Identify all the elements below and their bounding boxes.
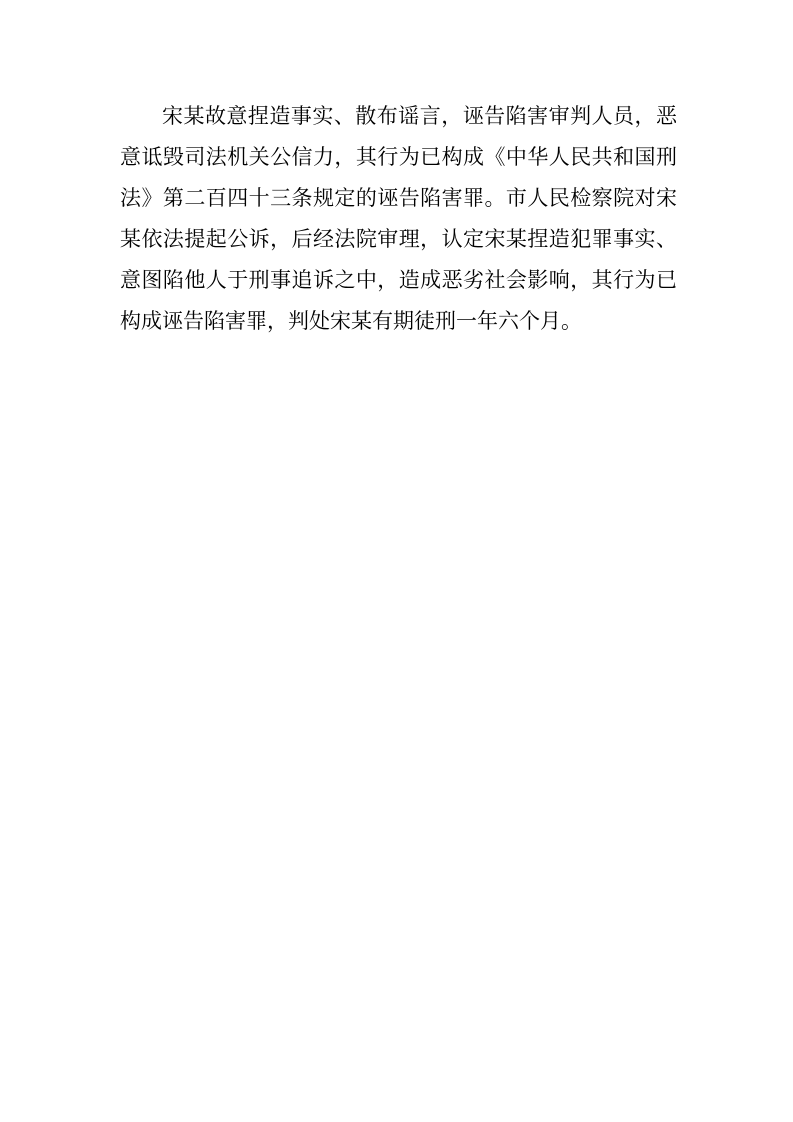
paragraph-line: 法》第二百四十三条规定的诬告陷害罪。市人民检察院对宋: [120, 178, 677, 219]
paragraph-line: 某依法提起公诉，后经法院审理，认定宋某捏造犯罪事实、: [120, 219, 677, 260]
paragraph-line: 意诋毁司法机关公信力，其行为已构成《中华人民共和国刑: [120, 137, 677, 178]
paragraph: 宋某故意捏造事实、散布谣言，诬告陷害审判人员，恶 意诋毁司法机关公信力，其行为已…: [120, 96, 677, 342]
paragraph-line: 构成诬告陷害罪，判处宋某有期徒刑一年六个月。: [120, 301, 677, 342]
paragraph-line: 意图陷他人于刑事追诉之中，造成恶劣社会影响，其行为已: [120, 260, 677, 301]
paragraph-line: 宋某故意捏造事实、散布谣言，诬告陷害审判人员，恶: [120, 96, 677, 137]
document-page: 宋某故意捏造事实、散布谣言，诬告陷害审判人员，恶 意诋毁司法机关公信力，其行为已…: [0, 0, 793, 1122]
